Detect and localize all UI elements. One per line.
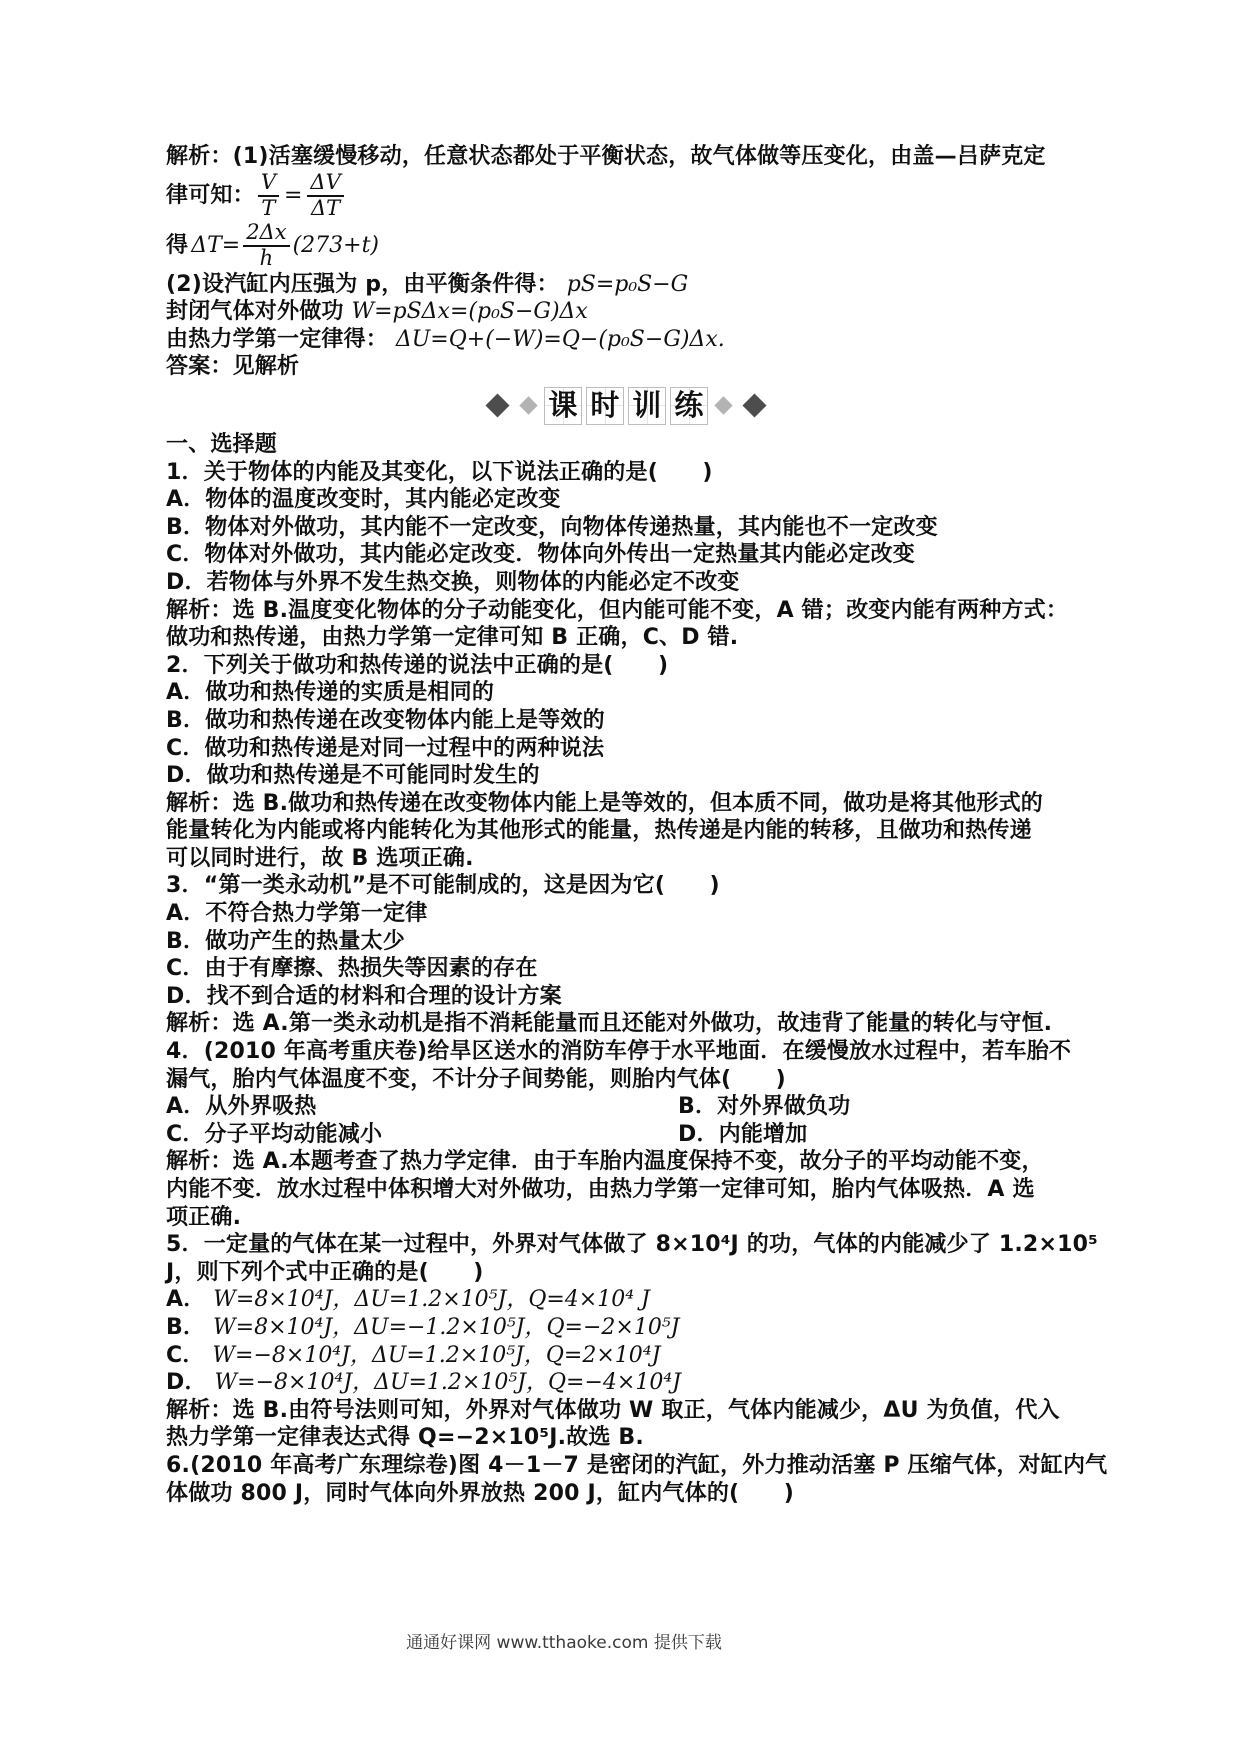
q4-analysis-3: 项正确. (166, 1204, 1086, 1232)
q6-stem-2: 体做功 800 J，同时气体向外界放热 200 J，缸内气体的( ) (166, 1480, 1086, 1508)
solution-line-1: 解析：(1)活塞缓慢移动，任意状态都处于平衡状态，故气体做等压变化，由盖—吕萨克… (166, 143, 1086, 171)
q1-option-b: B．物体对外做功，其内能不一定改变，向物体传递热量，其内能也不一定改变 (166, 514, 1086, 542)
q3-stem: 3．“第一类永动机”是不可能制成的，这是因为它( ) (166, 872, 1086, 900)
solution-line-4: (2)设汽缸内压强为 p，由平衡条件得： pS=p₀S−G (166, 271, 1086, 299)
solution-line-6: 由热力学第一定律得： ΔU=Q+(−W)=Q−(p₀S−G)Δx. (166, 326, 1086, 354)
q2-analysis-3: 可以同时进行，故 B 选项正确. (166, 845, 1086, 873)
text-part: 封闭气体对外做功 (166, 299, 351, 324)
answer-line: 答案：见解析 (166, 353, 1086, 381)
diamond-icon (714, 397, 732, 415)
delta-t-equals: ΔT= (191, 232, 240, 260)
page-footer: 通通好课网 www.tthaoke.com 提供下载 (0, 1628, 1184, 1653)
q5-stem-1: 5．一定量的气体在某一过程中，外界对气体做了 8×10⁴J 的功，气体的内能减少… (166, 1231, 1086, 1259)
q1-option-a: A．物体的温度改变时，其内能必定改变 (166, 486, 1086, 514)
q2-option-c: C．做功和热传递是对同一过程中的两种说法 (166, 735, 1086, 763)
q1-stem: 1．关于物体的内能及其变化，以下说法正确的是( ) (166, 459, 1086, 487)
option-label: D． (166, 1370, 207, 1395)
q3-option-b: B．做功产生的热量太少 (166, 928, 1086, 956)
banner-char: 训 (628, 387, 666, 425)
fraction-denominator: ΔT (308, 197, 343, 221)
option-label: A． (166, 1287, 205, 1312)
q3-option-c: C．由于有摩擦、热损失等因素的存在 (166, 955, 1086, 983)
formula-suffix: (273+t) (293, 232, 379, 260)
fraction-numerator: V (258, 171, 279, 197)
banner-char: 时 (586, 387, 624, 425)
section-banner: 课 时 训 练 (166, 384, 1086, 428)
q3-analysis-1: 解析：选 A.第一类永动机是指不消耗能量而且还能对外做功，故违背了能量的转化与守… (166, 1010, 1086, 1038)
option-label: C． (166, 1343, 205, 1368)
option-formula: W=−8×10⁴J，ΔU=1.2×10⁵J，Q=2×10⁴J (212, 1343, 660, 1368)
q2-option-a: A．做功和热传递的实质是相同的 (166, 679, 1086, 707)
fraction-numerator: ΔV (307, 171, 343, 197)
equals-sign: = (284, 182, 302, 210)
q4-option-d: D．内能增加 (678, 1121, 1086, 1149)
fraction-denominator: h (257, 247, 277, 271)
q3-option-a: A．不符合热力学第一定律 (166, 900, 1086, 928)
q4-option-b: B．对外界做负功 (678, 1093, 1086, 1121)
formula-part: W=pSΔx=(p₀S−G)Δx (351, 299, 587, 324)
q1-option-c: C．物体对外做功，其内能必定改变．物体向外传出一定热量其内能必定改变 (166, 541, 1086, 569)
q2-option-b: B．做功和热传递在改变物体内能上是等效的 (166, 707, 1086, 735)
q2-analysis-1: 解析：选 B.做功和热传递在改变物体内能上是等效的，但本质不同，做功是将其他形式… (166, 790, 1086, 818)
banner-char: 练 (670, 387, 708, 425)
q5-option-d: D． W=−8×10⁴J，ΔU=1.2×10⁵J，Q=−4×10⁴J (166, 1369, 1086, 1397)
document-content: 解析：(1)活塞缓慢移动，任意状态都处于平衡状态，故气体做等压变化，由盖—吕萨克… (166, 143, 1086, 1507)
banner-char: 课 (544, 387, 582, 425)
fraction-2dx-over-h: 2Δx h (243, 221, 289, 270)
section-heading: 一、选择题 (166, 431, 1086, 459)
q5-option-a: A． W=8×10⁴J，ΔU=1.2×10⁵J，Q=4×10⁴ J (166, 1286, 1086, 1314)
formula-prefix: 律可知： (166, 182, 255, 210)
q1-option-d: D．若物体与外界不发生热交换，则物体的内能必定不改变 (166, 569, 1086, 597)
diamond-icon (519, 397, 537, 415)
q4-stem-2: 漏气，胎内气体温度不变，不计分子间势能，则胎内气体( ) (166, 1066, 1086, 1094)
q4-analysis-1: 解析：选 A.本题考查了热力学定律．由于车胎内温度保持不变，故分子的平均动能不变… (166, 1148, 1086, 1176)
solution-line-3: 得 ΔT= 2Δx h (273+t) (166, 221, 1086, 271)
diamond-icon (485, 394, 509, 418)
q5-option-b: B． W=8×10⁴J，ΔU=−1.2×10⁵J，Q=−2×10⁵J (166, 1314, 1086, 1342)
option-formula: W=−8×10⁴J，ΔU=1.2×10⁵J，Q=−4×10⁴J (215, 1370, 681, 1395)
q4-stem-1: 4．(2010 年高考重庆卷)给旱区送水的消防车停于水平地面．在缓慢放水过程中，… (166, 1038, 1086, 1066)
solution-line-5: 封闭气体对外做功 W=pSΔx=(p₀S−G)Δx (166, 298, 1086, 326)
q5-analysis-2: 热力学第一定律表达式得 Q=−2×10⁵J.故选 B. (166, 1424, 1086, 1452)
solution-line-2: 律可知： V T = ΔV ΔT (166, 171, 1086, 221)
formula-part: pS=p₀S−G (567, 272, 689, 297)
q4-analysis-2: 内能不变．放水过程中体积增大对外做功，由热力学第一定律可知，胎内气体吸热．A 选 (166, 1176, 1086, 1204)
fraction-v-over-t: V T (258, 171, 279, 220)
q4-option-a: A．从外界吸热 (166, 1093, 678, 1121)
option-formula: W=8×10⁴J，ΔU=1.2×10⁵J，Q=4×10⁴ J (213, 1287, 650, 1312)
q4-options-row-2: C．分子平均动能减小 D．内能增加 (166, 1121, 1086, 1149)
text-part: 由热力学第一定律得： (166, 327, 388, 352)
option-formula: W=8×10⁴J，ΔU=−1.2×10⁵J，Q=−2×10⁵J (213, 1315, 679, 1340)
q2-option-d: D．做功和热传递是不可能同时发生的 (166, 762, 1086, 790)
q6-stem-1: 6.(2010 年高考广东理综卷)图 4－1－7 是密闭的汽缸，外力推动活塞 P… (166, 1452, 1086, 1480)
text-part: (2)设汽缸内压强为 p，由平衡条件得： (166, 272, 559, 297)
document-page: 解析：(1)活塞缓慢移动，任意状态都处于平衡状态，故气体做等压变化，由盖—吕萨克… (0, 0, 1240, 1754)
q4-options-row-1: A．从外界吸热 B．对外界做负功 (166, 1093, 1086, 1121)
formula-part: ΔU=Q+(−W)=Q−(p₀S−G)Δx. (396, 327, 725, 352)
fraction-denominator: T (258, 197, 278, 221)
q5-option-c: C． W=−8×10⁴J，ΔU=1.2×10⁵J，Q=2×10⁴J (166, 1342, 1086, 1370)
q5-stem-2: J，则下列个式中正确的是( ) (166, 1259, 1086, 1287)
q2-analysis-2: 能量转化为内能或将内能转化为其他形式的能量，热传递是内能的转移，且做功和热传递 (166, 817, 1086, 845)
q4-option-c: C．分子平均动能减小 (166, 1121, 678, 1149)
q1-analysis-2: 做功和热传递，由热力学第一定律可知 B 正确，C、D 错. (166, 624, 1086, 652)
fraction-dv-over-dt: ΔV ΔT (307, 171, 343, 220)
formula-prefix: 得 (166, 232, 188, 260)
option-label: B． (166, 1315, 205, 1340)
fraction-numerator: 2Δx (243, 221, 289, 247)
q1-analysis-1: 解析：选 B.温度变化物体的分子动能变化，但内能可能不变，A 错；改变内能有两种… (166, 597, 1086, 625)
q2-stem: 2．下列关于做功和热传递的说法中正确的是( ) (166, 652, 1086, 680)
diamond-icon (742, 394, 766, 418)
q5-analysis-1: 解析：选 B.由符号法则可知，外界对气体做功 W 取正，气体内能减少，ΔU 为负… (166, 1397, 1086, 1425)
q3-option-d: D．找不到合适的材料和合理的设计方案 (166, 983, 1086, 1011)
